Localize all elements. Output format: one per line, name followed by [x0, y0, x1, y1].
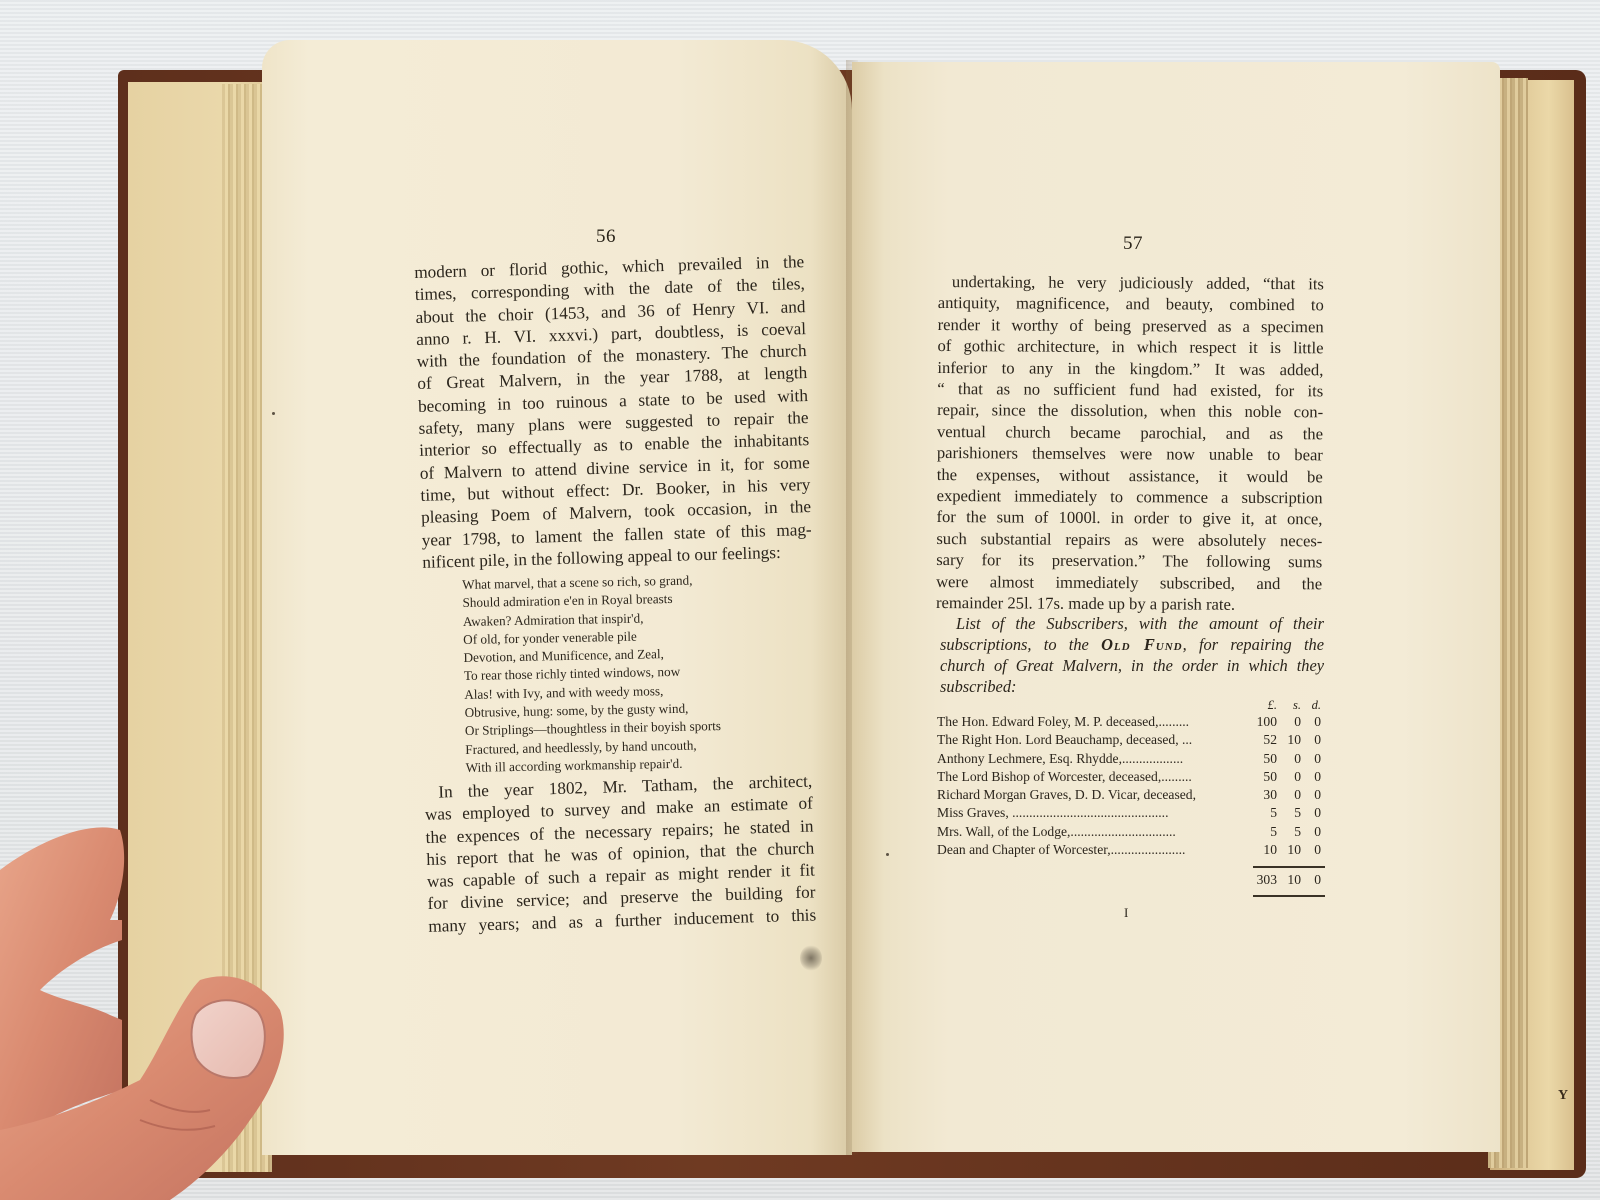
text-line: such substantial repairs as were absolut…	[936, 528, 1322, 552]
right-page-number: 57	[1123, 233, 1143, 255]
table-row: Miss Graves, ...........................…	[937, 805, 1329, 823]
text-line: undertaking, he very judiciously added, …	[938, 271, 1324, 295]
amount-pence: 0	[1301, 787, 1321, 803]
subscribers-list-heading: List of the Subscribers, with the amount…	[940, 613, 1324, 697]
table-row: Dean and Chapter of Worcester,..........…	[937, 842, 1329, 860]
table-total-row: 303 10 0	[937, 872, 1329, 890]
amount-shillings: 10	[1277, 842, 1301, 858]
total-pence: 0	[1301, 872, 1321, 888]
amount-pounds: 30	[1247, 787, 1277, 803]
amount-shillings: 5	[1277, 805, 1301, 821]
edge-signature-mark: Y	[1558, 1088, 1568, 1104]
text-line: the expenses, without assistance, it wou…	[937, 464, 1323, 488]
amount-pounds: 5	[1247, 805, 1277, 821]
total-rule-top	[1253, 866, 1325, 868]
amount-pence: 0	[1301, 824, 1321, 840]
table-header: £. s. d.	[937, 698, 1329, 714]
text-line: sary for its preservation.” The followin…	[936, 549, 1322, 573]
text-line: “ that as no sufficient fund had existed…	[937, 378, 1323, 402]
amount-shillings: 5	[1277, 824, 1301, 840]
left-page-number: 56	[596, 226, 616, 248]
total-pounds: 303	[1247, 872, 1277, 888]
left-paragraph-2: In the year 1802, Mr. Tatham, the archit…	[424, 770, 816, 938]
text-line: of gothic architecture, in which respect…	[937, 335, 1323, 359]
amount-pounds: 5	[1247, 824, 1277, 840]
text-line: ventual church became parochial, and as …	[937, 421, 1323, 445]
subscriber-name: Miss Graves, ...........................…	[937, 805, 1247, 821]
amount-pounds: 100	[1247, 714, 1277, 730]
column-header-pounds: £.	[1247, 698, 1277, 713]
heading-line: subscribed:	[940, 676, 1324, 697]
amount-pounds: 10	[1247, 842, 1277, 858]
poem-quotation: What marvel, that a scene so rich, so gr…	[462, 571, 722, 777]
amount-pounds: 52	[1247, 732, 1277, 748]
amount-shillings: 10	[1277, 732, 1301, 748]
amount-pence: 0	[1301, 714, 1321, 730]
text-line: were almost immediately subscribed, and …	[936, 571, 1322, 595]
text-line: expedient immediately to commence a subs…	[937, 485, 1323, 509]
speck	[886, 853, 889, 856]
ink-smudge	[800, 945, 822, 971]
amount-pence: 0	[1301, 732, 1321, 748]
subscriber-name: The Lord Bishop of Worcester, deceased,.…	[937, 769, 1247, 785]
table-row: Richard Morgan Graves, D. D. Vicar, dece…	[937, 787, 1329, 805]
table-row: The Hon. Edward Foley, M. P. deceased,..…	[937, 714, 1329, 732]
subscriber-name: Dean and Chapter of Worcester,..........…	[937, 842, 1247, 858]
text-line: render it worthy of being preserved as a…	[938, 314, 1324, 338]
subscriber-name: Richard Morgan Graves, D. D. Vicar, dece…	[937, 787, 1247, 803]
amount-pence: 0	[1301, 805, 1321, 821]
amount-pence: 0	[1301, 769, 1321, 785]
text-line: repair, since the dissolution, when this…	[937, 399, 1323, 423]
amount-shillings: 0	[1277, 787, 1301, 803]
column-header-shillings: s.	[1277, 698, 1301, 713]
hand-icon	[0, 800, 420, 1200]
amount-shillings: 0	[1277, 769, 1301, 785]
table-row: The Right Hon. Lord Beauchamp, deceased,…	[937, 732, 1329, 750]
amount-shillings: 0	[1277, 714, 1301, 730]
table-row: Anthony Lechmere, Esq. Rhydde,..........…	[937, 751, 1329, 769]
amount-pounds: 50	[1247, 751, 1277, 767]
text-line: for the sum of 1000l. in order to give i…	[936, 506, 1322, 530]
subscriber-name: Anthony Lechmere, Esq. Rhydde,..........…	[937, 751, 1247, 767]
amount-pence: 0	[1301, 842, 1321, 858]
text-line: antiquity, magnificence, and beauty, com…	[938, 292, 1324, 316]
heading-line: subscriptions, to the Old Fund, for repa…	[940, 634, 1324, 655]
subscriber-name: The Right Hon. Lord Beauchamp, deceased,…	[937, 732, 1247, 748]
subscribers-table: £. s. d. The Hon. Edward Foley, M. P. de…	[937, 698, 1329, 897]
left-paragraph-1: modern or florid gothic, which prevailed…	[414, 251, 813, 574]
speck	[272, 412, 275, 415]
subscriber-name: Mrs. Wall, of the Lodge,................…	[937, 824, 1247, 840]
amount-pounds: 50	[1247, 769, 1277, 785]
total-shillings: 10	[1277, 872, 1301, 888]
old-fund-label: Old Fund	[1101, 635, 1183, 654]
text-line: parishioners themselves were now unable …	[937, 442, 1323, 466]
heading-line: List of the Subscribers, with the amount…	[940, 613, 1324, 634]
right-paragraph: undertaking, he very judiciously added, …	[936, 271, 1324, 616]
subscriber-name: The Hon. Edward Foley, M. P. deceased,..…	[937, 714, 1247, 730]
printer-signature-mark: I	[1124, 905, 1128, 921]
amount-shillings: 0	[1277, 751, 1301, 767]
table-row: Mrs. Wall, of the Lodge,................…	[937, 824, 1329, 842]
table-row: The Lord Bishop of Worcester, deceased,.…	[937, 769, 1329, 787]
total-rule-bottom	[1253, 895, 1325, 897]
amount-pence: 0	[1301, 751, 1321, 767]
column-header-pence: d.	[1301, 698, 1321, 713]
heading-line: church of Great Malvern, in the order in…	[940, 655, 1324, 676]
text-line: inferior to any in the kingdom.” It was …	[937, 357, 1323, 381]
